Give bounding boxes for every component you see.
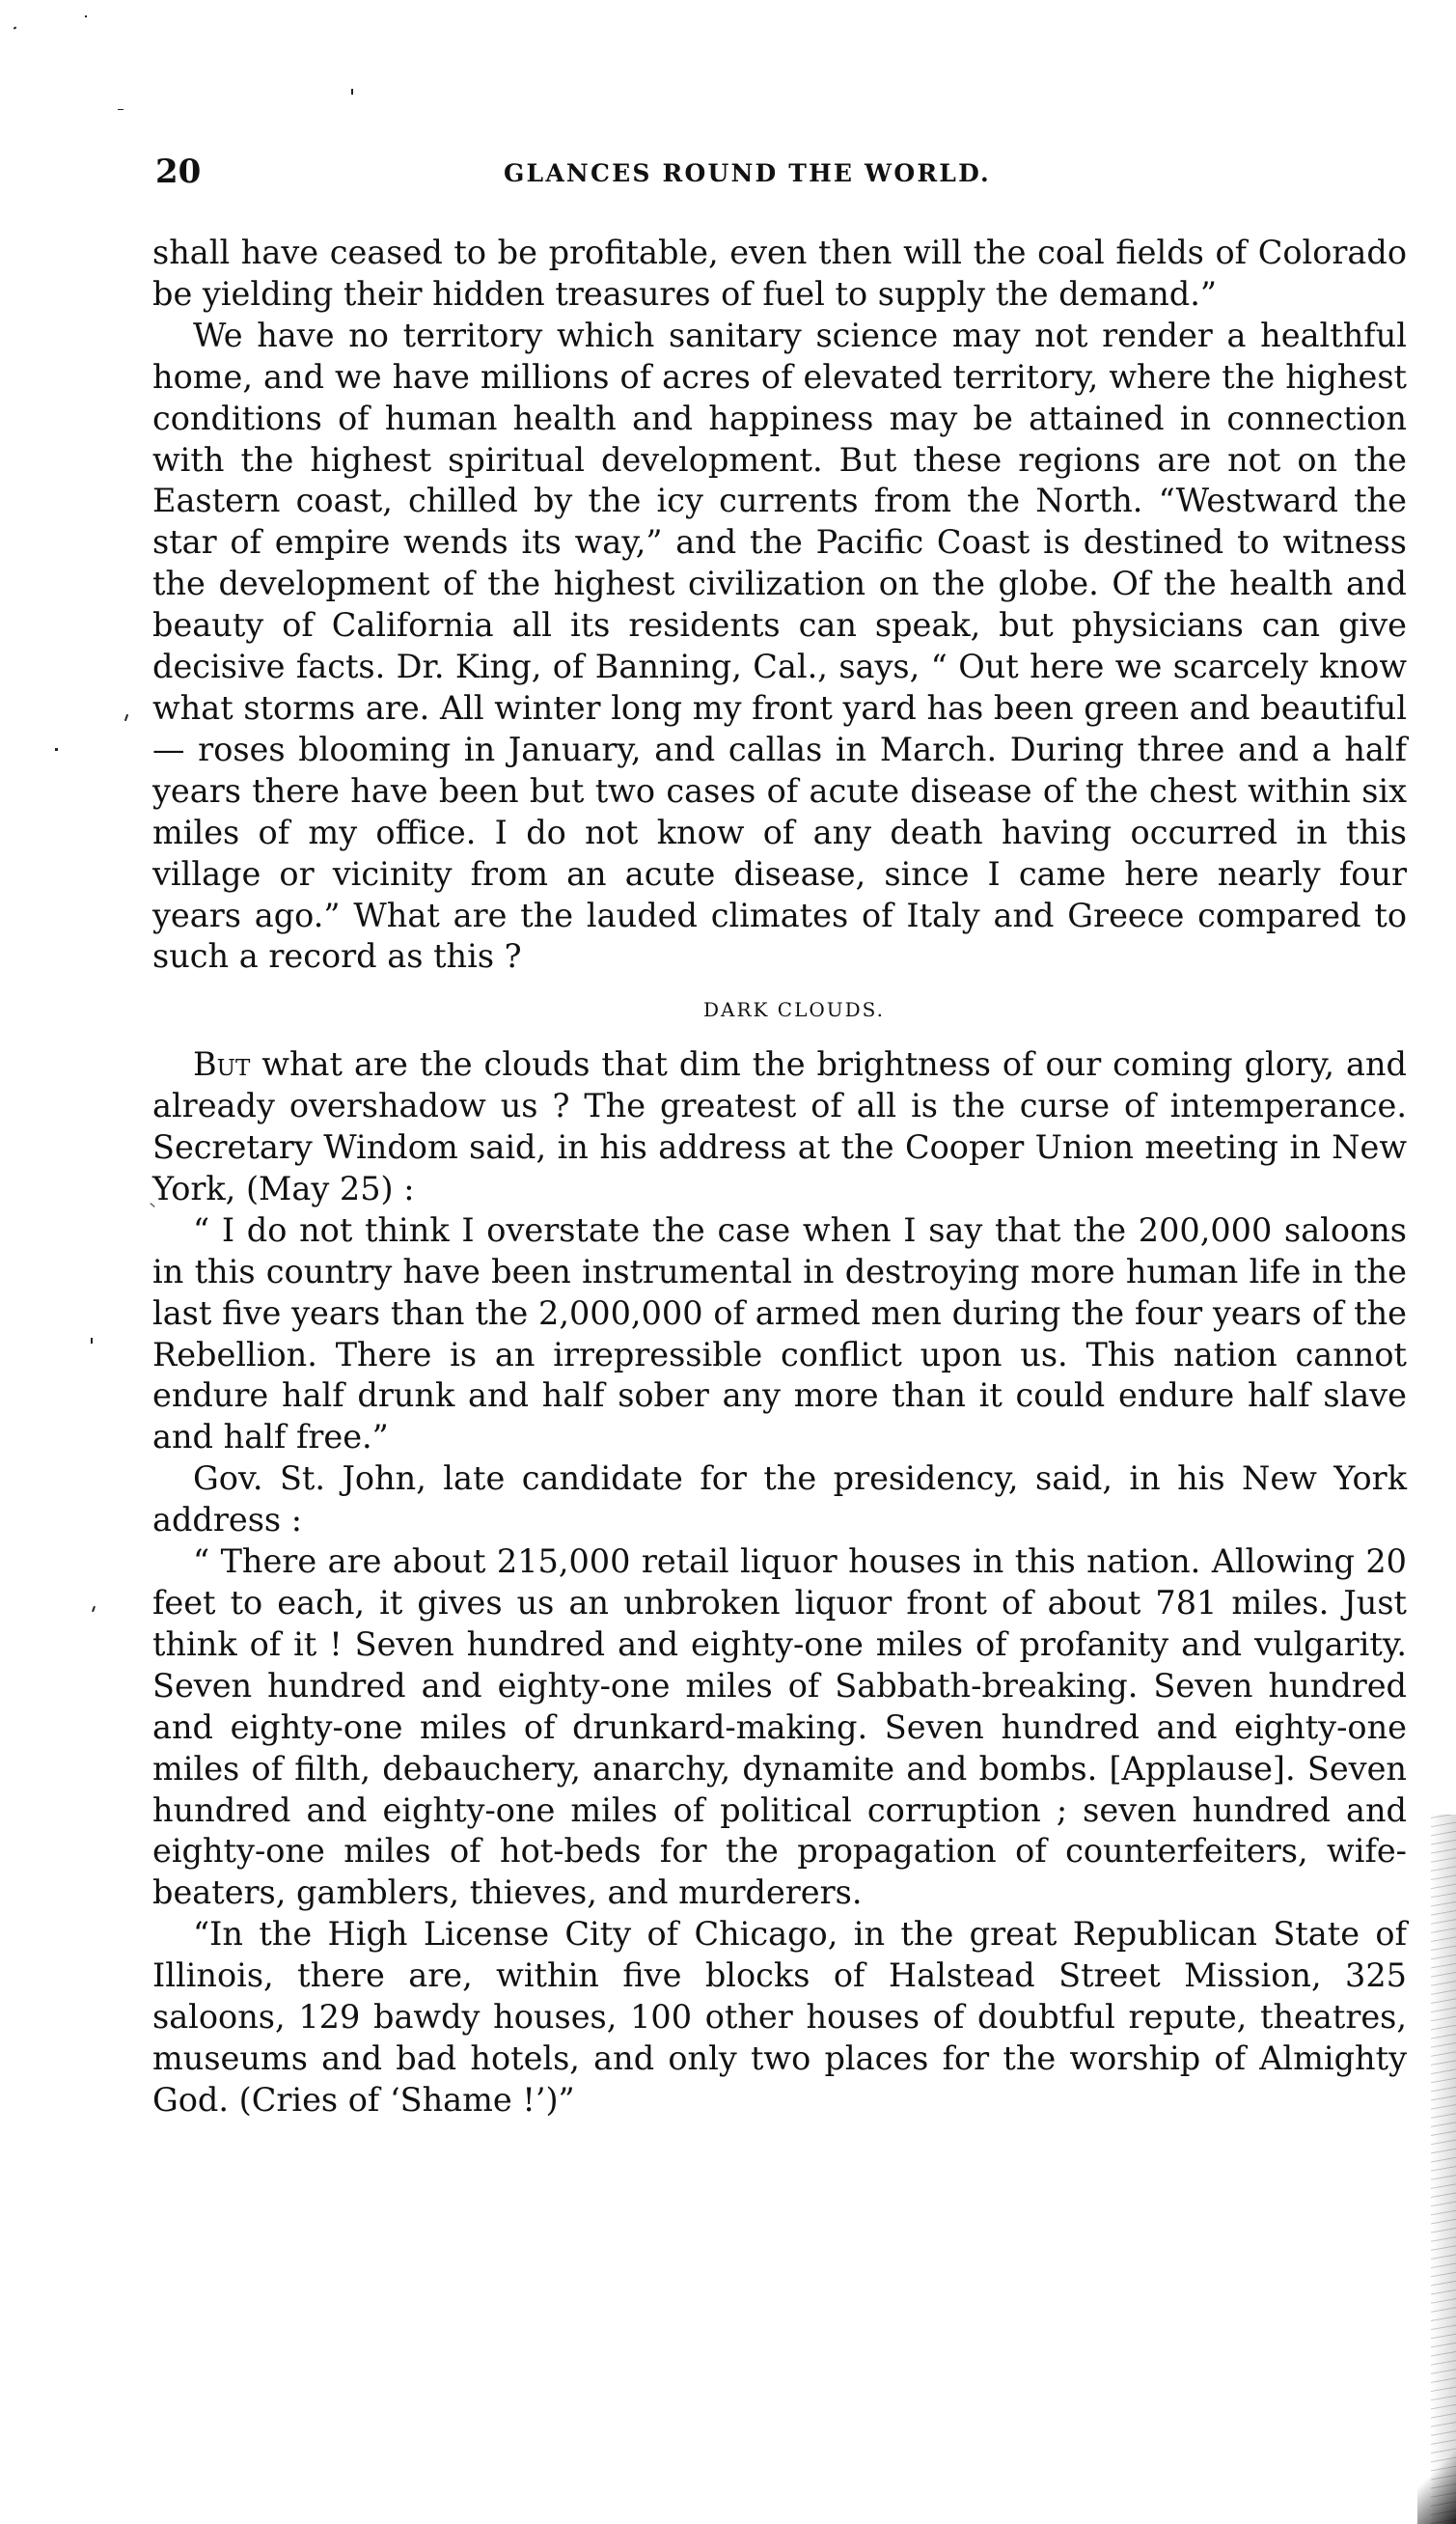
- paragraph: “In the High License City of Chicago, in…: [152, 1914, 1407, 2122]
- scan-speck: [14, 26, 17, 29]
- scan-speck: [91, 1338, 93, 1344]
- paragraph: But what are the clouds that dim the bri…: [152, 1044, 1407, 1210]
- book-page: 20 GLANCES ROUND THE WORLD. shall have c…: [0, 0, 1456, 2524]
- running-head: 20 GLANCES ROUND THE WORLD.: [152, 153, 1407, 191]
- scan-speck: [351, 89, 353, 95]
- paragraph: We have no territory which sanitary scie…: [152, 316, 1407, 979]
- page-number: 20: [155, 153, 201, 191]
- scan-speck: [118, 109, 124, 110]
- paragraph: “ There are about 215,000 retail liquor …: [152, 1541, 1407, 1914]
- paragraph: Gov. St. John, late candidate for the pr…: [152, 1458, 1407, 1541]
- scan-speck: [55, 748, 58, 751]
- lead-word: But: [193, 1045, 250, 1083]
- scan-edge-shadow: [1417, 2437, 1456, 2524]
- paragraph: shall have ceased to be profitable, even…: [152, 233, 1407, 316]
- body-text: shall have ceased to be profitable, even…: [152, 233, 1407, 2122]
- scan-edge-noise: [1431, 1815, 1456, 2524]
- section-heading: DARK CLOUDS.: [152, 989, 1407, 1031]
- paragraph: “ I do not think I overstate the case wh…: [152, 1210, 1407, 1458]
- scan-speck: [85, 15, 87, 17]
- scan-speck: [92, 1606, 96, 1612]
- running-head-title: GLANCES ROUND THE WORLD.: [504, 156, 991, 191]
- paragraph-text: what are the clouds that dim the brightn…: [152, 1045, 1407, 1207]
- scan-speck: [124, 714, 128, 721]
